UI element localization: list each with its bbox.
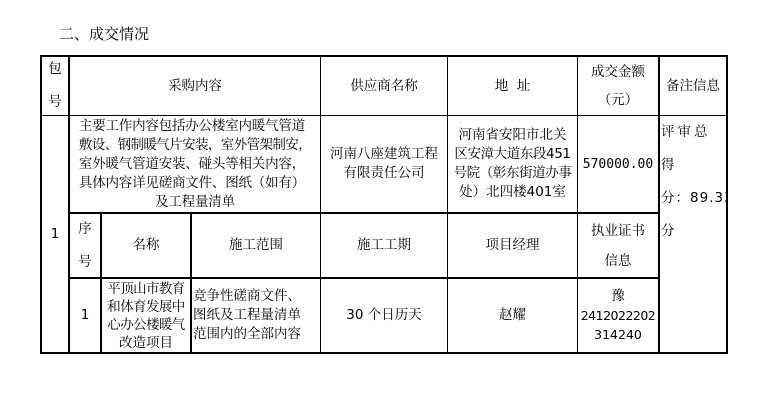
header-address-label: 地 址	[495, 76, 531, 97]
subrow-certificate-line-3: 314240	[594, 325, 642, 344]
amount-value: 570000.00	[583, 154, 653, 175]
subrow-name-line-2: 和体育发展中	[107, 298, 184, 316]
address-line-4: 处）北四楼401室	[459, 183, 566, 202]
subheader-scope-label: 施工范围	[229, 235, 283, 256]
subrow-manager-value: 赵耀	[499, 305, 526, 326]
transaction-table: 包 号 采购内容 供应商名称 地 址 成交金额 （元） 备注信息 1 主要工作内…	[40, 55, 728, 354]
header-procurement-content-label: 采购内容	[168, 76, 222, 97]
subrow-certificate-line-2: 2412022202	[581, 306, 656, 325]
row-package-no: 1	[40, 115, 69, 354]
header-amount-line1: 成交金额	[591, 58, 645, 86]
subrow-name: 平顶山市教育 和体育发展中 心办公楼暖气 改造项目	[100, 277, 191, 354]
subheader-duration: 施工工期	[320, 212, 448, 278]
subrow-name-line-3: 心办公楼暖气	[107, 316, 184, 334]
header-package-no: 包 号	[40, 55, 69, 116]
header-amount-line2: （元）	[598, 86, 639, 114]
subheader-manager: 项目经理	[447, 212, 578, 278]
address-cell: 河南省安阳市北关 区安漳大道东段451 号院（彰东街道办事 处）北四楼401室	[447, 115, 578, 213]
remarks-cell: 评审总得 分：89.33 分	[658, 115, 728, 354]
subrow-manager: 赵耀	[447, 277, 578, 354]
subrow-certificate: 豫 2412022202 314240	[577, 277, 659, 354]
subheader-seq-line1: 序	[78, 213, 92, 246]
header-package-no-line2: 号	[48, 86, 62, 116]
address-line-1: 河南省安阳市北关	[459, 126, 567, 145]
supplier-name-line-1: 河南八座建筑工程	[330, 145, 438, 164]
header-supplier-name-label: 供应商名称	[350, 76, 418, 97]
subheader-certificate-line2: 信息	[605, 246, 632, 276]
procurement-line-2: 敷设、钢制暖气片安装，室外管架制安，	[79, 136, 311, 155]
procurement-line-1: 主要工作内容包括办公楼室内暖气管道	[79, 117, 311, 136]
subrow-name-line-1: 平顶山市教育	[107, 280, 184, 298]
subheader-certificate: 执业证书 信息	[577, 212, 659, 278]
header-address: 地 址	[447, 55, 578, 116]
header-remarks-label: 备注信息	[666, 76, 720, 97]
subrow-scope-line-3: 范围内的全部内容	[193, 325, 301, 344]
subheader-name-label: 名称	[133, 235, 160, 256]
header-package-no-line1: 包	[48, 55, 62, 86]
subrow-certificate-line-1: 豫	[611, 287, 625, 306]
procurement-content-cell: 主要工作内容包括办公楼室内暖气管道 敷设、钢制暖气片安装，室外管架制安， 室外暖…	[68, 115, 321, 213]
subrow-duration-value: 30 个日历天	[346, 305, 421, 326]
address-line-3: 号院（彰东街道办事	[454, 164, 572, 183]
subheader-manager-label: 项目经理	[486, 235, 540, 256]
subrow-seq-value: 1	[81, 305, 90, 326]
remarks-line-2: 分：89.33	[661, 182, 728, 215]
subrow-scope: 竞争性磋商文件、 图纸及工程量清单 范围内的全部内容	[190, 277, 321, 354]
amount-cell: 570000.00	[577, 115, 659, 213]
header-supplier-name: 供应商名称	[320, 55, 448, 116]
subrow-scope-line-2: 图纸及工程量清单	[193, 306, 301, 325]
subheader-seq: 序 号	[68, 212, 101, 278]
supplier-name-line-2: 有限责任公司	[344, 164, 425, 183]
subrow-seq: 1	[68, 277, 101, 354]
subheader-certificate-line1: 执业证书	[591, 216, 645, 246]
remarks-line-3: 分	[661, 215, 678, 248]
subheader-duration-label: 施工工期	[357, 235, 411, 256]
procurement-line-5: 及工程量清单	[79, 193, 311, 212]
subrow-duration: 30 个日历天	[320, 277, 448, 354]
procurement-line-4: 具体内容详见磋商文件、图纸（如有）	[79, 174, 311, 193]
header-procurement-content: 采购内容	[68, 55, 321, 116]
supplier-name-cell: 河南八座建筑工程 有限责任公司	[320, 115, 448, 213]
address-line-2: 区安漳大道东段451	[454, 145, 570, 164]
package-no-value: 1	[51, 224, 60, 245]
header-remarks: 备注信息	[658, 55, 728, 116]
remarks-line-1: 评审总得	[661, 116, 726, 182]
procurement-line-3: 室外暖气管道安装、碰头等相关内容，	[79, 155, 311, 174]
subheader-seq-line2: 号	[78, 246, 92, 279]
subheader-name: 名称	[100, 212, 191, 278]
subheader-scope: 施工范围	[190, 212, 321, 278]
header-amount: 成交金额 （元）	[577, 55, 659, 116]
section-title: 二、成交情况	[59, 24, 149, 44]
subrow-scope-line-1: 竞争性磋商文件、	[193, 287, 301, 306]
subrow-name-line-4: 改造项目	[119, 334, 173, 352]
